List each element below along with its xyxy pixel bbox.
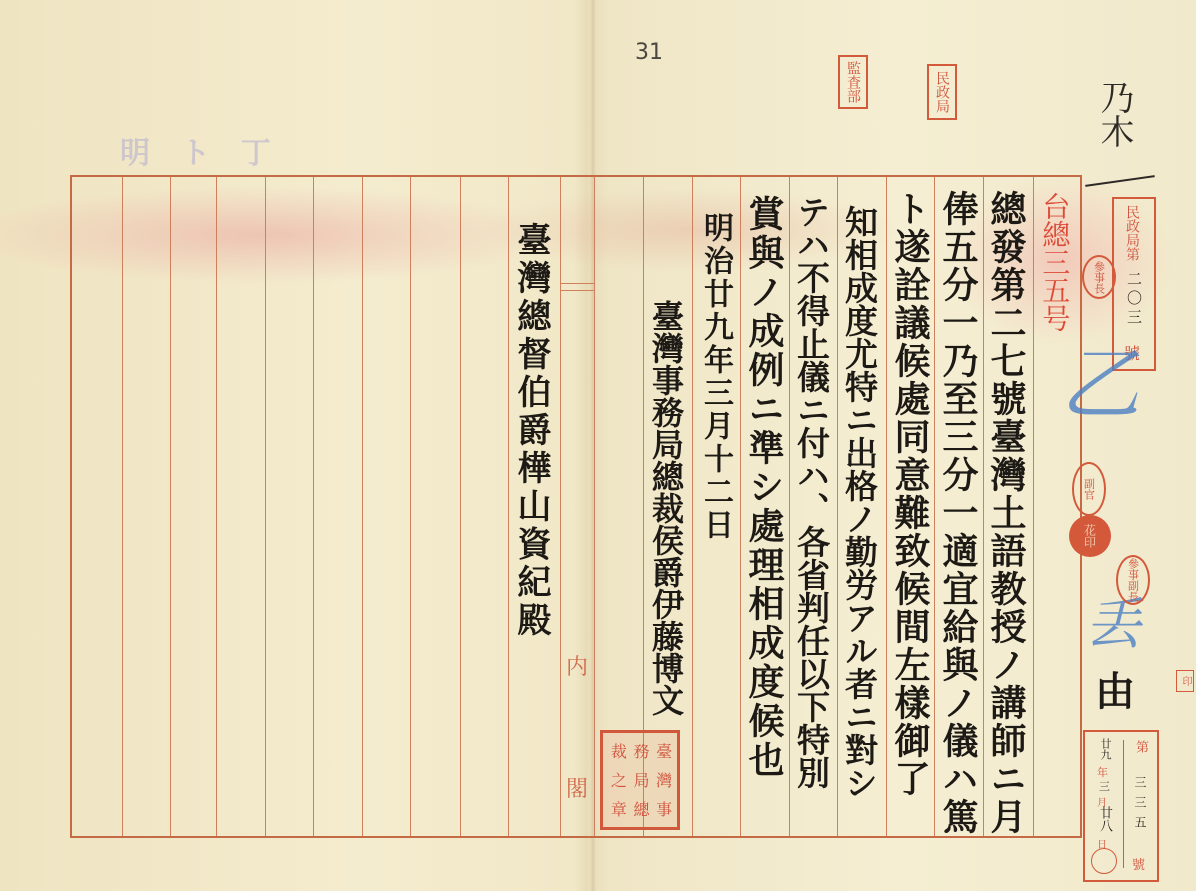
seal-char: 裁 — [606, 736, 629, 765]
seal-personal: 花印 — [1069, 515, 1111, 557]
rule-line — [560, 177, 561, 836]
seal-char: 務 — [629, 736, 652, 765]
seal-audit-dept: 監査部 — [838, 55, 868, 109]
rule-line — [983, 177, 984, 836]
seal-char: 之 — [606, 765, 629, 794]
seal-char: 總 — [629, 795, 652, 824]
body-column-5: テハ不得止儀ニ付ハ、各省判任以下特別 — [795, 195, 828, 789]
seal-char: 章 — [606, 795, 629, 824]
rule-line — [216, 177, 217, 836]
seal-char: 灣 — [651, 765, 674, 794]
receipt-day: 廿八 — [1095, 806, 1114, 832]
seal-small: 印 — [1176, 670, 1194, 692]
rule-line — [460, 177, 461, 836]
receipt-suffix: 號 — [1132, 854, 1145, 873]
page-number: 31 — [635, 40, 663, 65]
sender-signature: 臺灣事務局總裁侯爵伊藤博文 — [650, 300, 682, 716]
rule-line — [886, 177, 887, 836]
receipt-month: 三 — [1099, 778, 1110, 794]
rule-line — [934, 177, 935, 836]
rule-line — [508, 177, 509, 836]
rule-line — [313, 177, 314, 836]
rule-line — [1033, 177, 1034, 836]
seal-deputy-councillor: 參事副長 — [1116, 555, 1150, 605]
receipt-prefix: 第 — [1131, 740, 1150, 753]
rule-line — [170, 177, 171, 836]
black-ink-mark: 由 — [1095, 660, 1135, 717]
margin-label-cabinet-1: 内 — [566, 650, 588, 681]
rule-line — [122, 177, 123, 836]
receipt-year: 廿九 — [1097, 738, 1113, 760]
seal-civil-affairs-bureau: 民政局 — [927, 64, 957, 120]
stamp-prefix: 民政局第 — [1122, 205, 1142, 261]
red-reference-number: 台總三五号 — [1040, 192, 1069, 332]
rule-tick — [560, 283, 594, 284]
margin-label-cabinet-2: 閣 — [566, 772, 588, 803]
document-date: 明治廿九年三月十二日 — [700, 212, 730, 542]
seal-councillor: 參事長 — [1082, 255, 1116, 299]
stamp-divider — [1123, 740, 1124, 868]
receipt-round-seal — [1091, 848, 1117, 874]
rule-line — [692, 177, 693, 836]
seal-adjutant: 副官 — [1072, 462, 1106, 516]
rule-line — [740, 177, 741, 836]
seal-bureau-president: 臺 灣 事 務 局 總 裁 之 章 — [600, 730, 680, 830]
body-column-3: ト遂詮議候處同意難致候間左樣御了 — [892, 190, 928, 798]
rule-line — [594, 177, 595, 836]
rule-line — [362, 177, 363, 836]
seal-char: 臺 — [651, 736, 674, 765]
blue-pencil-mark: 乙 — [1060, 320, 1140, 435]
recipient-name: 臺灣總督伯爵樺山資紀殿 — [514, 222, 548, 640]
seal-char: 事 — [651, 795, 674, 824]
seal-char: 局 — [629, 765, 652, 794]
body-column-1: 總發第二七號臺灣土語教授ノ講師ニ月 — [988, 190, 1024, 836]
body-column-2: 俸五分一乃至三分一適宜給與ノ儀ハ篤 — [940, 190, 976, 836]
body-column-6: 賞與ノ成例ニ準シ處理相成度候也 — [746, 195, 782, 780]
rule-line — [789, 177, 790, 836]
body-column-4: 知相成度尤特ニ出格ノ勤労アル者ニ對シ — [843, 205, 876, 799]
rule-line — [410, 177, 411, 836]
receipt-number: 三三五 — [1132, 776, 1149, 836]
bleed-through-text: 明 ト 丁 — [120, 128, 281, 172]
rule-tick — [560, 290, 594, 291]
rule-line — [265, 177, 266, 836]
signature-mark: 乃木 — [1090, 80, 1139, 148]
rule-line — [837, 177, 838, 836]
stamp-receipt: 第 三三五 號 廿九 年 三 月 廿八 日 — [1083, 730, 1159, 882]
